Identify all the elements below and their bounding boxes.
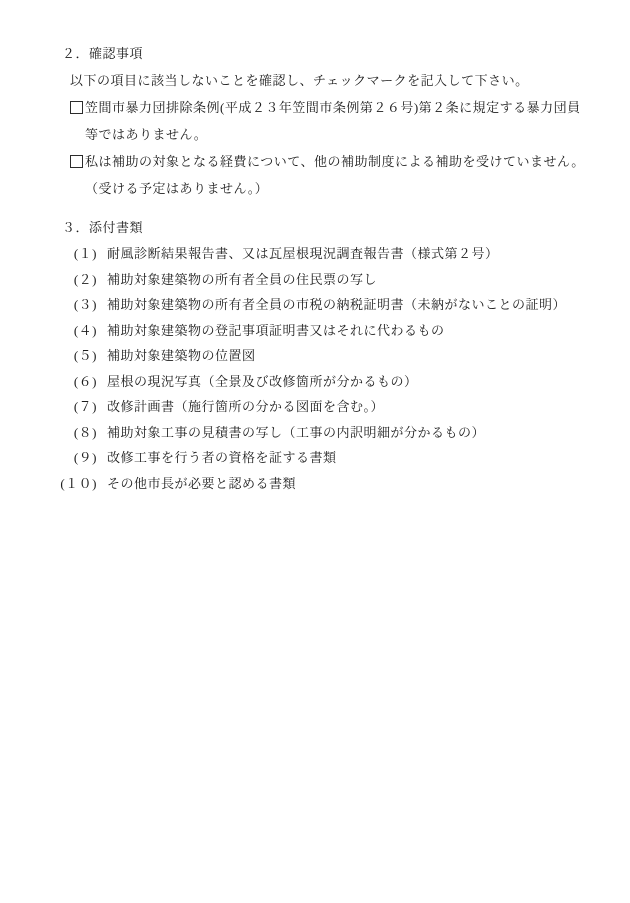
checkbox-item-no-other-subsidy: 私は補助の対象となる経費について、他の補助制度による補助を受けていません。 （受… bbox=[70, 148, 630, 202]
checkbox-item-gang-exclusion: 笠間市暴力団排除条例(平成２３年笠間市条例第２６号)第２条に規定する暴力団員 等… bbox=[70, 94, 630, 148]
list-item-text: 補助対象建築物の登記事項証明書又はそれに代わるもの bbox=[107, 318, 445, 344]
list-item-number: (９) bbox=[55, 445, 97, 471]
list-item: (６) 屋根の現況写真（全景及び改修箇所が分かるもの） bbox=[55, 369, 630, 395]
checkbox-unchecked-icon[interactable] bbox=[70, 155, 83, 168]
list-item-text: 補助対象工事の見積書の写し（工事の内訳明細が分かるもの） bbox=[107, 420, 485, 446]
section2-heading: ２．確認事項 bbox=[62, 40, 630, 67]
section2-instruction: 以下の項目に該当しないことを確認し、チェックマークを記入して下さい。 bbox=[70, 67, 630, 94]
list-item: (７) 改修計画書（施行箇所の分かる図面を含む。） bbox=[55, 394, 630, 420]
list-item: (９) 改修工事を行う者の資格を証する書類 bbox=[55, 445, 630, 471]
list-item-number: (６) bbox=[55, 369, 97, 395]
list-item-number: (８) bbox=[55, 420, 97, 446]
section3-heading: ３．添付書類 bbox=[62, 214, 630, 241]
list-item-number: (４) bbox=[55, 318, 97, 344]
list-item-number: (７) bbox=[55, 394, 97, 420]
list-item-number: (１) bbox=[55, 241, 97, 267]
list-item-text: その他市長が必要と認める書類 bbox=[107, 471, 296, 497]
list-item-text: 補助対象建築物の所有者全員の市税の納税証明書（未納がないことの証明） bbox=[107, 292, 566, 318]
confirmation-section: ２．確認事項 以下の項目に該当しないことを確認し、チェックマークを記入して下さい… bbox=[0, 40, 630, 202]
attachments-list: (１) 耐風診断結果報告書、又は瓦屋根現況調査報告書（様式第２号） (２) 補助… bbox=[55, 241, 630, 496]
list-item: (８) 補助対象工事の見積書の写し（工事の内訳明細が分かるもの） bbox=[55, 420, 630, 446]
list-item-number: (５) bbox=[55, 343, 97, 369]
list-item-text: 改修計画書（施行箇所の分かる図面を含む。） bbox=[107, 394, 384, 420]
checkbox-item-line: 私は補助の対象となる経費について、他の補助制度による補助を受けていません。 bbox=[85, 148, 585, 175]
checkbox-item-text: 私は補助の対象となる経費について、他の補助制度による補助を受けていません。 （受… bbox=[85, 148, 585, 202]
checkbox-item-line: 等ではありません。 bbox=[85, 121, 581, 148]
list-item-number: (２) bbox=[55, 267, 97, 293]
list-item-text: 屋根の現況写真（全景及び改修箇所が分かるもの） bbox=[107, 369, 418, 395]
list-item-number: (３) bbox=[55, 292, 97, 318]
list-item: (４) 補助対象建築物の登記事項証明書又はそれに代わるもの bbox=[55, 318, 630, 344]
list-item: (５) 補助対象建築物の位置図 bbox=[55, 343, 630, 369]
list-item-text: 補助対象建築物の所有者全員の住民票の写し bbox=[107, 267, 377, 293]
list-item-text: 補助対象建築物の位置図 bbox=[107, 343, 256, 369]
list-item: (３) 補助対象建築物の所有者全員の市税の納税証明書（未納がないことの証明） bbox=[55, 292, 630, 318]
list-item-text: 耐風診断結果報告書、又は瓦屋根現況調査報告書（様式第２号） bbox=[107, 241, 499, 267]
list-item: (１) 耐風診断結果報告書、又は瓦屋根現況調査報告書（様式第２号） bbox=[55, 241, 630, 267]
list-item-text: 改修工事を行う者の資格を証する書類 bbox=[107, 445, 337, 471]
checkbox-item-text: 笠間市暴力団排除条例(平成２３年笠間市条例第２６号)第２条に規定する暴力団員 等… bbox=[85, 94, 581, 148]
list-item-number: (１０) bbox=[55, 471, 97, 497]
checkbox-unchecked-icon[interactable] bbox=[70, 101, 83, 114]
list-item: (１０) その他市長が必要と認める書類 bbox=[55, 471, 630, 497]
document-page: ２．確認事項 以下の項目に該当しないことを確認し、チェックマークを記入して下さい… bbox=[0, 0, 630, 903]
checkbox-item-line: 笠間市暴力団排除条例(平成２３年笠間市条例第２６号)第２条に規定する暴力団員 bbox=[85, 94, 581, 121]
checkbox-item-line: （受ける予定はありません。） bbox=[85, 175, 585, 202]
attachments-section: ３．添付書類 (１) 耐風診断結果報告書、又は瓦屋根現況調査報告書（様式第２号）… bbox=[0, 214, 630, 496]
list-item: (２) 補助対象建築物の所有者全員の住民票の写し bbox=[55, 267, 630, 293]
